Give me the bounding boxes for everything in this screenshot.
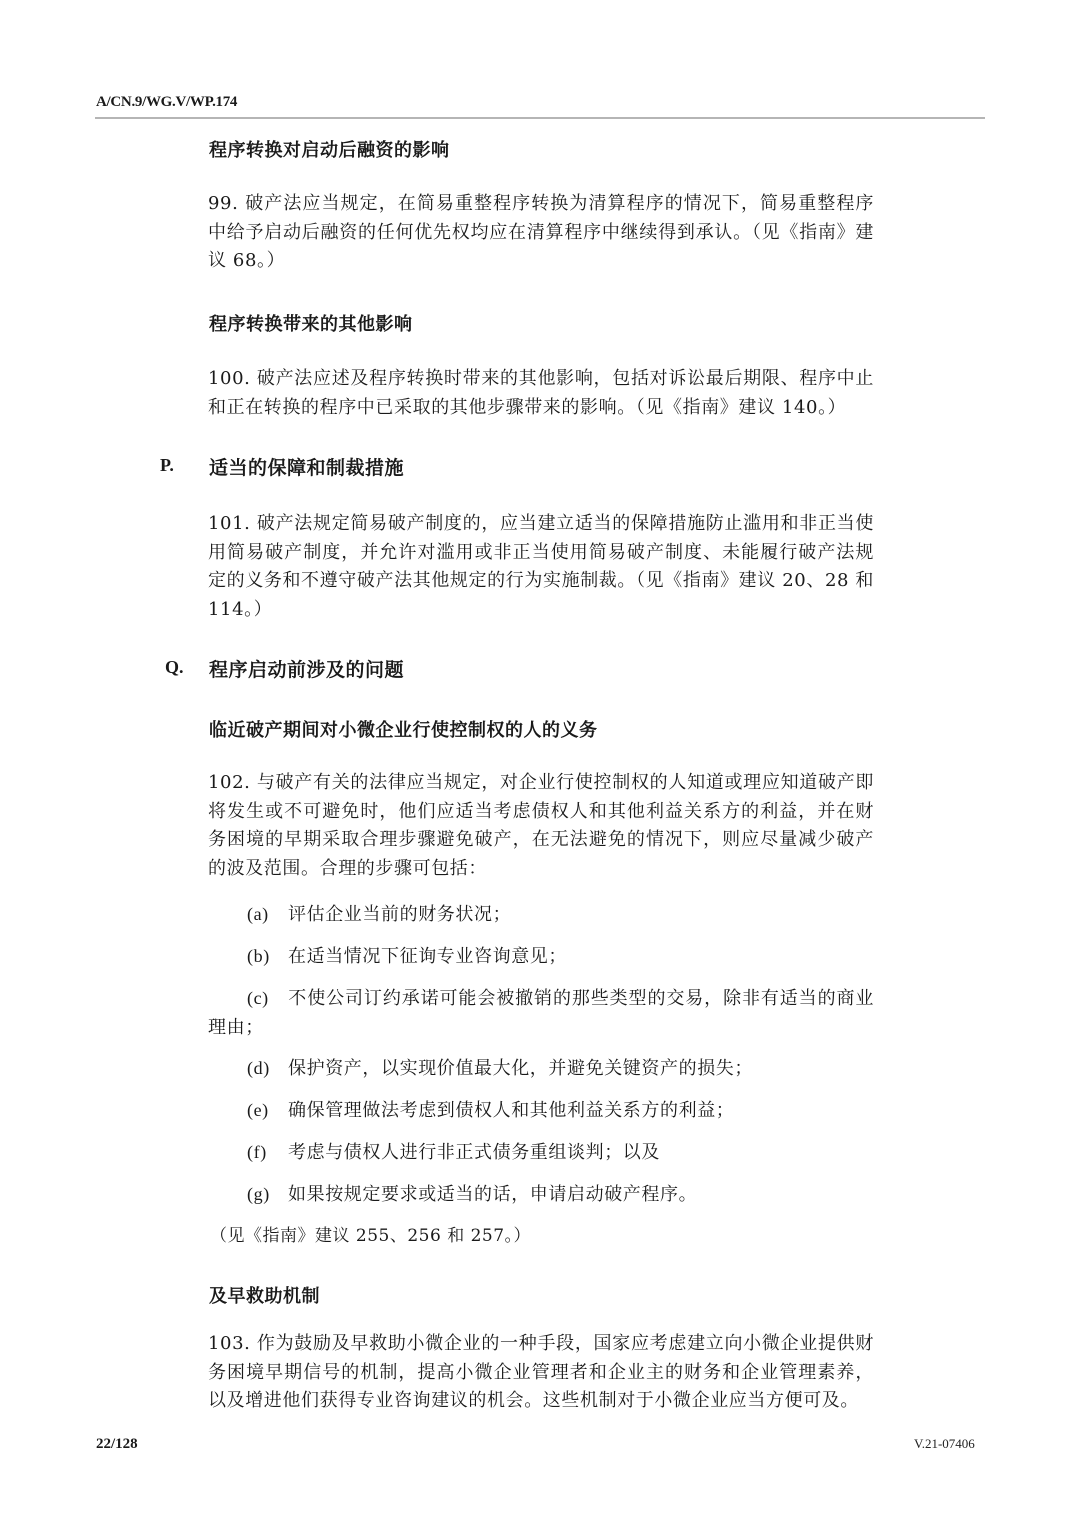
list-text: 评估企业当前的财务状况； [288, 904, 511, 925]
list-label: (c) [247, 984, 288, 1013]
paragraph-102-reference: （见《指南》建议 255、256 和 257。） [210, 1222, 531, 1250]
job-number: V.21-07406 [914, 1436, 975, 1452]
page-number: 22/128 [96, 1436, 138, 1453]
list-label: (a) [247, 900, 288, 929]
list-label: (g) [247, 1180, 288, 1209]
list-label: (b) [247, 942, 288, 971]
paragraph-103: 103. 作为鼓励及早救助小微企业的一种手段，国家应考虑建立向小微企业提供财务困… [208, 1330, 874, 1416]
list-item-g: (g)如果按规定要求或适当的话，申请启动破产程序。 [208, 1180, 874, 1210]
list-text: 保护资产，以实现价值最大化，并避免关键资产的损失； [288, 1058, 753, 1079]
list-item-b: (b)在适当情况下征询专业咨询意见； [208, 942, 874, 972]
section-q-letter: Q. [165, 657, 184, 678]
section-q-title: 程序启动前涉及的问题 [209, 655, 404, 682]
list-item-e: (e)确保管理做法考虑到债权人和其他利益关系方的利益； [208, 1096, 874, 1126]
list-text: 不使公司订约承诺可能会被撤销的那些类型的交易，除非有适当的商业理由； [208, 988, 874, 1038]
subheading-conversion-financing: 程序转换对启动后融资的影响 [209, 136, 450, 162]
subheading-duties-of-controllers: 临近破产期间对小微企业行使控制权的人的义务 [209, 716, 598, 742]
section-p-letter: P. [160, 455, 174, 476]
subheading-conversion-other-effects: 程序转换带来的其他影响 [209, 310, 413, 336]
paragraph-99: 99. 破产法应当规定，在简易重整程序转换为清算程序的情况下，简易重整程序中给予… [208, 190, 874, 276]
list-label: (d) [247, 1054, 288, 1083]
subheading-early-rescue: 及早救助机制 [209, 1282, 320, 1308]
list-item-f: (f)考虑与债权人进行非正式债务重组谈判；以及 [208, 1138, 874, 1168]
paragraph-102: 102. 与破产有关的法律应当规定，对企业行使控制权的人知道或理应知道破产即将发… [208, 769, 874, 883]
list-text: 确保管理做法考虑到债权人和其他利益关系方的利益； [288, 1100, 734, 1121]
list-label: (f) [247, 1138, 288, 1167]
list-text: 考虑与债权人进行非正式债务重组谈判；以及 [288, 1142, 660, 1163]
paragraph-101: 101. 破产法规定简易破产制度的，应当建立适当的保障措施防止滥用和非正当使用简… [208, 510, 874, 624]
list-item-a: (a)评估企业当前的财务状况； [208, 900, 874, 930]
document-symbol: A/CN.9/WG.V/WP.174 [96, 94, 237, 111]
paragraph-100: 100. 破产法应述及程序转换时带来的其他影响，包括对诉讼最后期限、程序中止和正… [208, 365, 874, 422]
list-label: (e) [247, 1096, 288, 1125]
list-text: 如果按规定要求或适当的话，申请启动破产程序。 [288, 1184, 697, 1205]
list-item-d: (d)保护资产，以实现价值最大化，并避免关键资产的损失； [208, 1054, 874, 1084]
header-rule [95, 117, 985, 119]
list-item-c: (c)不使公司订约承诺可能会被撤销的那些类型的交易，除非有适当的商业理由； [208, 984, 874, 1042]
list-text: 在适当情况下征询专业咨询意见； [288, 946, 567, 967]
section-p-title: 适当的保障和制裁措施 [209, 453, 404, 480]
